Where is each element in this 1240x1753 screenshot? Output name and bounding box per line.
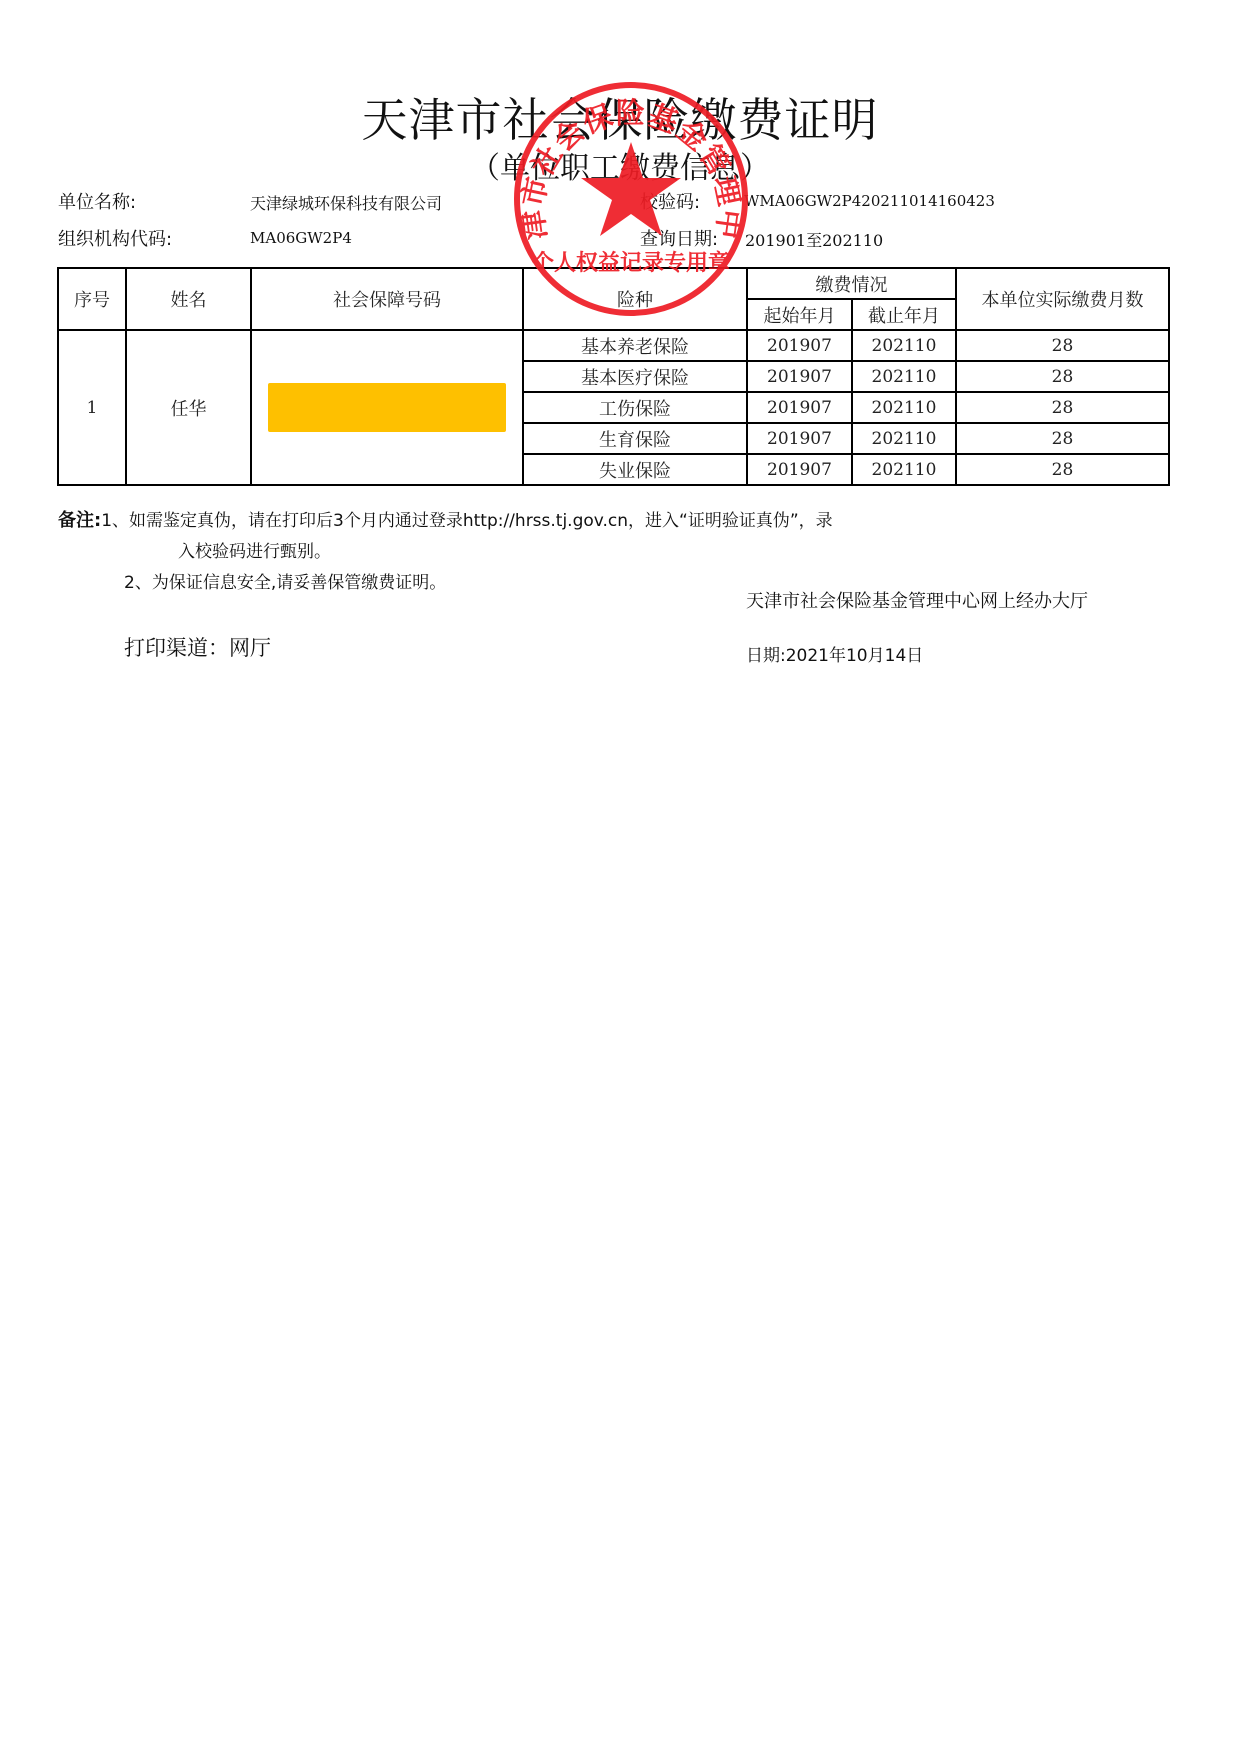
notes-label: 备注: xyxy=(58,510,101,531)
header-payment-status: 缴费情况 xyxy=(747,268,956,299)
note-1-line-1: 1、如需鉴定真伪，请在打印后3个月内通过登录http://hrss.tj.gov… xyxy=(101,511,832,531)
document-subtitle: （单位职工缴费信息） xyxy=(0,143,1240,187)
header-end-month: 截止年月 xyxy=(852,299,956,330)
header-name: 姓名 xyxy=(126,268,251,330)
months-paid: 28 xyxy=(956,392,1169,423)
header-seq: 序号 xyxy=(58,268,126,330)
issue-date: 日期:2021年10月14日 xyxy=(746,641,923,666)
months-paid: 28 xyxy=(956,330,1169,361)
header-months-paid: 本单位实际缴费月数 xyxy=(956,268,1169,330)
end-month: 202110 xyxy=(852,330,956,361)
person-ssn xyxy=(251,330,523,485)
insurance-type: 基本医疗保险 xyxy=(523,361,747,392)
header-ssn: 社会保障号码 xyxy=(251,268,523,330)
months-paid: 28 xyxy=(956,361,1169,392)
start-month: 201907 xyxy=(747,330,852,361)
table-row: 1 任华 基本养老保险 201907 202110 28 xyxy=(58,330,1169,361)
note-2: 2、为保证信息安全,请妥善保管缴费证明。 xyxy=(124,568,446,593)
months-paid: 28 xyxy=(956,454,1169,485)
org-code-value: MA06GW2P4 xyxy=(250,229,352,247)
unit-name-value: 天津绿城环保科技有限公司 xyxy=(250,191,442,214)
payment-table: 序号 姓名 社会保障号码 险种 缴费情况 本单位实际缴费月数 起始年月 截止年月… xyxy=(57,267,1170,486)
end-month: 202110 xyxy=(852,454,956,485)
ssn-redaction-block xyxy=(268,383,506,432)
verify-code-value: WMA06GW2P420211014160423 xyxy=(744,192,995,210)
header-insurance-type: 险种 xyxy=(523,268,747,330)
insurance-type: 工伤保险 xyxy=(523,392,747,423)
start-month: 201907 xyxy=(747,454,852,485)
start-month: 201907 xyxy=(747,423,852,454)
end-month: 202110 xyxy=(852,392,956,423)
unit-name-label: 单位名称: xyxy=(58,188,136,214)
note-1-line-2: 入校验码进行甄别。 xyxy=(178,537,331,562)
insurance-type: 基本养老保险 xyxy=(523,330,747,361)
person-name: 任华 xyxy=(126,330,251,485)
insurance-type: 失业保险 xyxy=(523,454,747,485)
notes-section: 备注:1、如需鉴定真伪，请在打印后3个月内通过登录http://hrss.tj.… xyxy=(58,506,833,532)
print-channel: 打印渠道：网厅 xyxy=(124,632,271,662)
query-date-value: 201901至202110 xyxy=(745,228,883,251)
org-code-label: 组织机构代码: xyxy=(58,225,172,251)
insurance-type: 生育保险 xyxy=(523,423,747,454)
start-month: 201907 xyxy=(747,361,852,392)
document-title: 天津市社会保险缴费证明 xyxy=(0,84,1240,150)
header-start-month: 起始年月 xyxy=(747,299,852,330)
start-month: 201907 xyxy=(747,392,852,423)
person-seq: 1 xyxy=(58,330,126,485)
verify-code-label: 校验码: xyxy=(640,188,700,214)
end-month: 202110 xyxy=(852,423,956,454)
months-paid: 28 xyxy=(956,423,1169,454)
query-date-label: 查询日期: xyxy=(640,225,718,251)
end-month: 202110 xyxy=(852,361,956,392)
issuer-name: 天津市社会保险基金管理中心网上经办大厅 xyxy=(746,587,1088,613)
